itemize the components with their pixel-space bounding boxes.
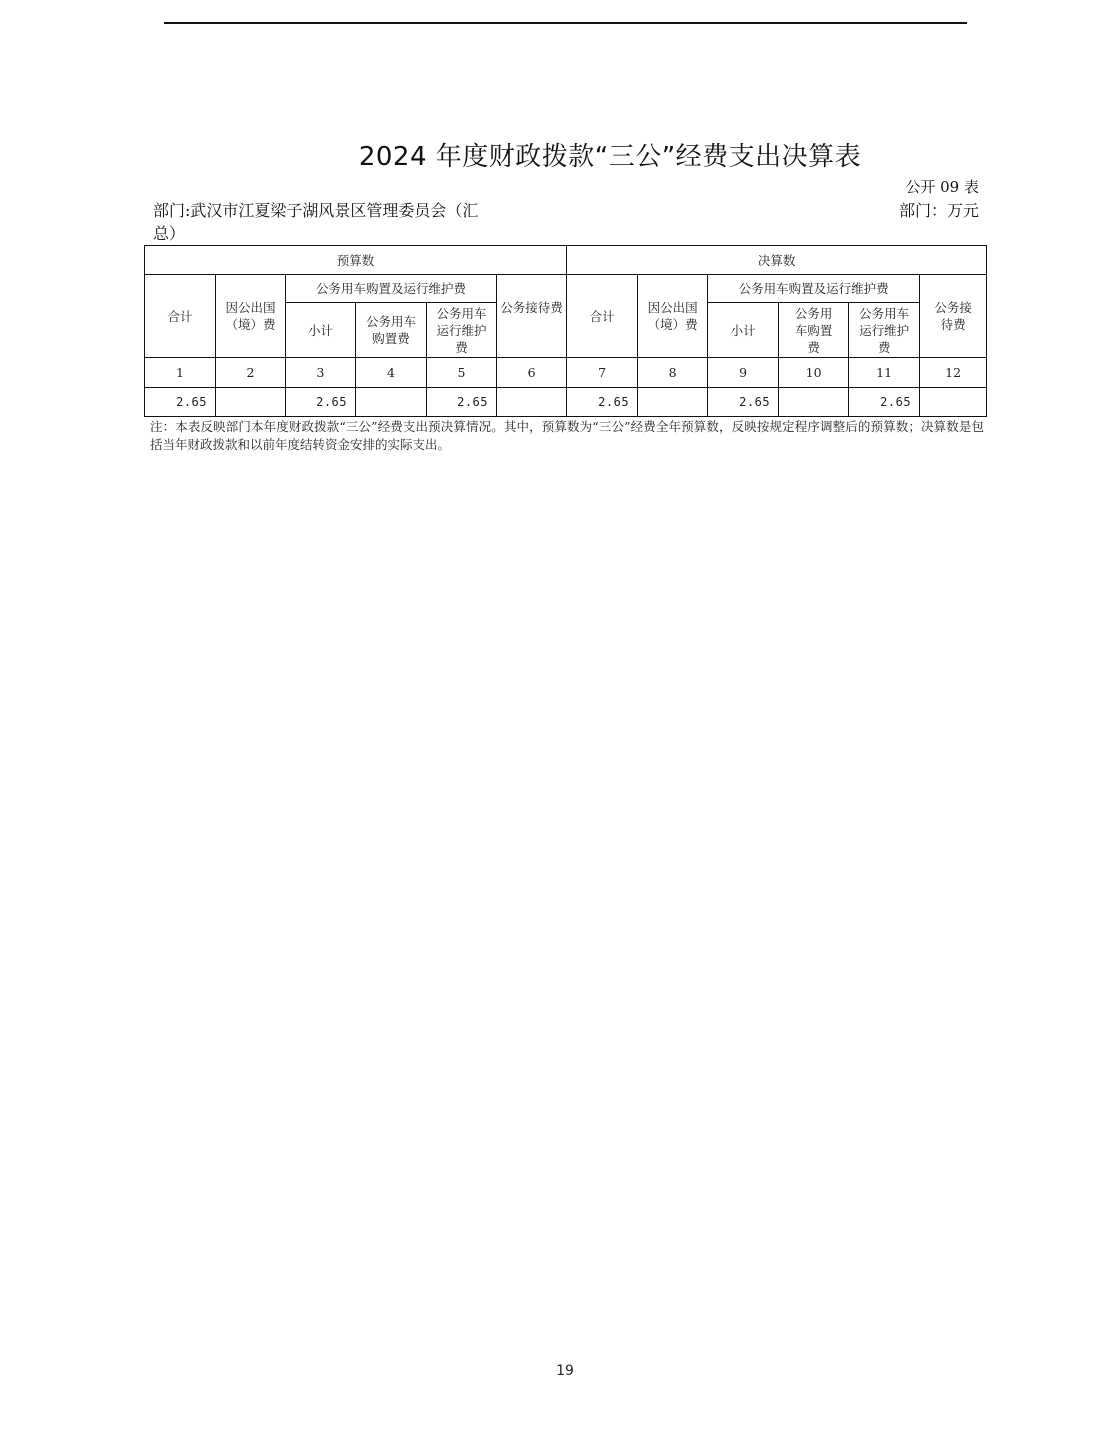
budget-group-header: 预算数 — [145, 246, 567, 275]
final-group-header: 决算数 — [567, 246, 987, 275]
final-vehicle-group-header: 公务用车购置及运行维护费 — [708, 275, 920, 303]
group-header-row: 预算数 决算数 — [145, 246, 987, 275]
budget-total-header: 合计 — [145, 275, 216, 358]
final-vehicle-operation-value: 2.65 — [849, 388, 920, 417]
column-number: 7 — [567, 358, 638, 388]
budget-vehicle-group-header: 公务用车购置及运行维护费 — [286, 275, 497, 303]
column-number: 3 — [286, 358, 356, 388]
budget-vehicle-subtotal-value: 2.65 — [286, 388, 356, 417]
column-number: 10 — [779, 358, 849, 388]
budget-total-value: 2.65 — [145, 388, 216, 417]
column-number: 9 — [708, 358, 779, 388]
three-public-expense-table: 预算数 决算数 合计 因公出国（境）费 公务用车购置及运行维护费 公务接待费 合… — [144, 245, 987, 417]
column-number: 2 — [216, 358, 286, 388]
budget-vehicle-operation-header: 公务用车运行维护费 — [427, 303, 497, 358]
header-rule — [164, 22, 967, 24]
budget-vehicle-subtotal-header: 小计 — [286, 303, 356, 358]
column-number: 12 — [920, 358, 987, 388]
column-number: 11 — [849, 358, 920, 388]
budget-overseas-header: 因公出国（境）费 — [216, 275, 286, 358]
final-total-header: 合计 — [567, 275, 638, 358]
final-total-value: 2.65 — [567, 388, 638, 417]
final-overseas-value — [638, 388, 708, 417]
table-footnote: 注：本表反映部门本年度财政拨款“三公”经费支出预决算情况。其中，预算数为“三公”… — [150, 418, 984, 454]
final-vehicle-subtotal-header: 小计 — [708, 303, 779, 358]
final-reception-value — [920, 388, 987, 417]
column-number: 4 — [356, 358, 427, 388]
column-number: 5 — [427, 358, 497, 388]
budget-vehicle-purchase-value — [356, 388, 427, 417]
final-vehicle-purchase-header: 公务用车购置费 — [779, 303, 849, 358]
unit-label: 部门：万元 — [899, 199, 979, 222]
final-vehicle-operation-header: 公务用车运行维护费 — [849, 303, 920, 358]
column-header-row: 合计 因公出国（境）费 公务用车购置及运行维护费 公务接待费 合计 因公出国（境… — [145, 275, 987, 303]
column-number: 6 — [497, 358, 567, 388]
budget-vehicle-purchase-header: 公务用车购置费 — [356, 303, 427, 358]
final-overseas-header: 因公出国（境）费 — [638, 275, 708, 358]
department-label: 部门:武汉市江夏梁子湖风景区管理委员会（汇总） — [153, 199, 483, 245]
column-number-row: 1 2 3 4 5 6 7 8 9 10 11 12 — [145, 358, 987, 388]
page-number: 19 — [0, 1363, 1105, 1379]
budget-overseas-value — [216, 388, 286, 417]
document-title: 2024 年度财政拨款“三公”经费支出决算表 — [240, 136, 980, 173]
column-number: 1 — [145, 358, 216, 388]
table-row: 2.65 2.65 2.65 2.65 2.65 2.65 — [145, 388, 987, 417]
expense-table-container: 预算数 决算数 合计 因公出国（境）费 公务用车购置及运行维护费 公务接待费 合… — [144, 245, 987, 417]
final-reception-header: 公务接待费 — [920, 275, 987, 358]
column-number: 8 — [638, 358, 708, 388]
budget-vehicle-operation-value: 2.65 — [427, 388, 497, 417]
budget-reception-value — [497, 388, 567, 417]
form-code: 公开 09 表 — [905, 176, 979, 197]
final-vehicle-purchase-value — [779, 388, 849, 417]
final-vehicle-subtotal-value: 2.65 — [708, 388, 779, 417]
budget-reception-header: 公务接待费 — [497, 275, 567, 358]
